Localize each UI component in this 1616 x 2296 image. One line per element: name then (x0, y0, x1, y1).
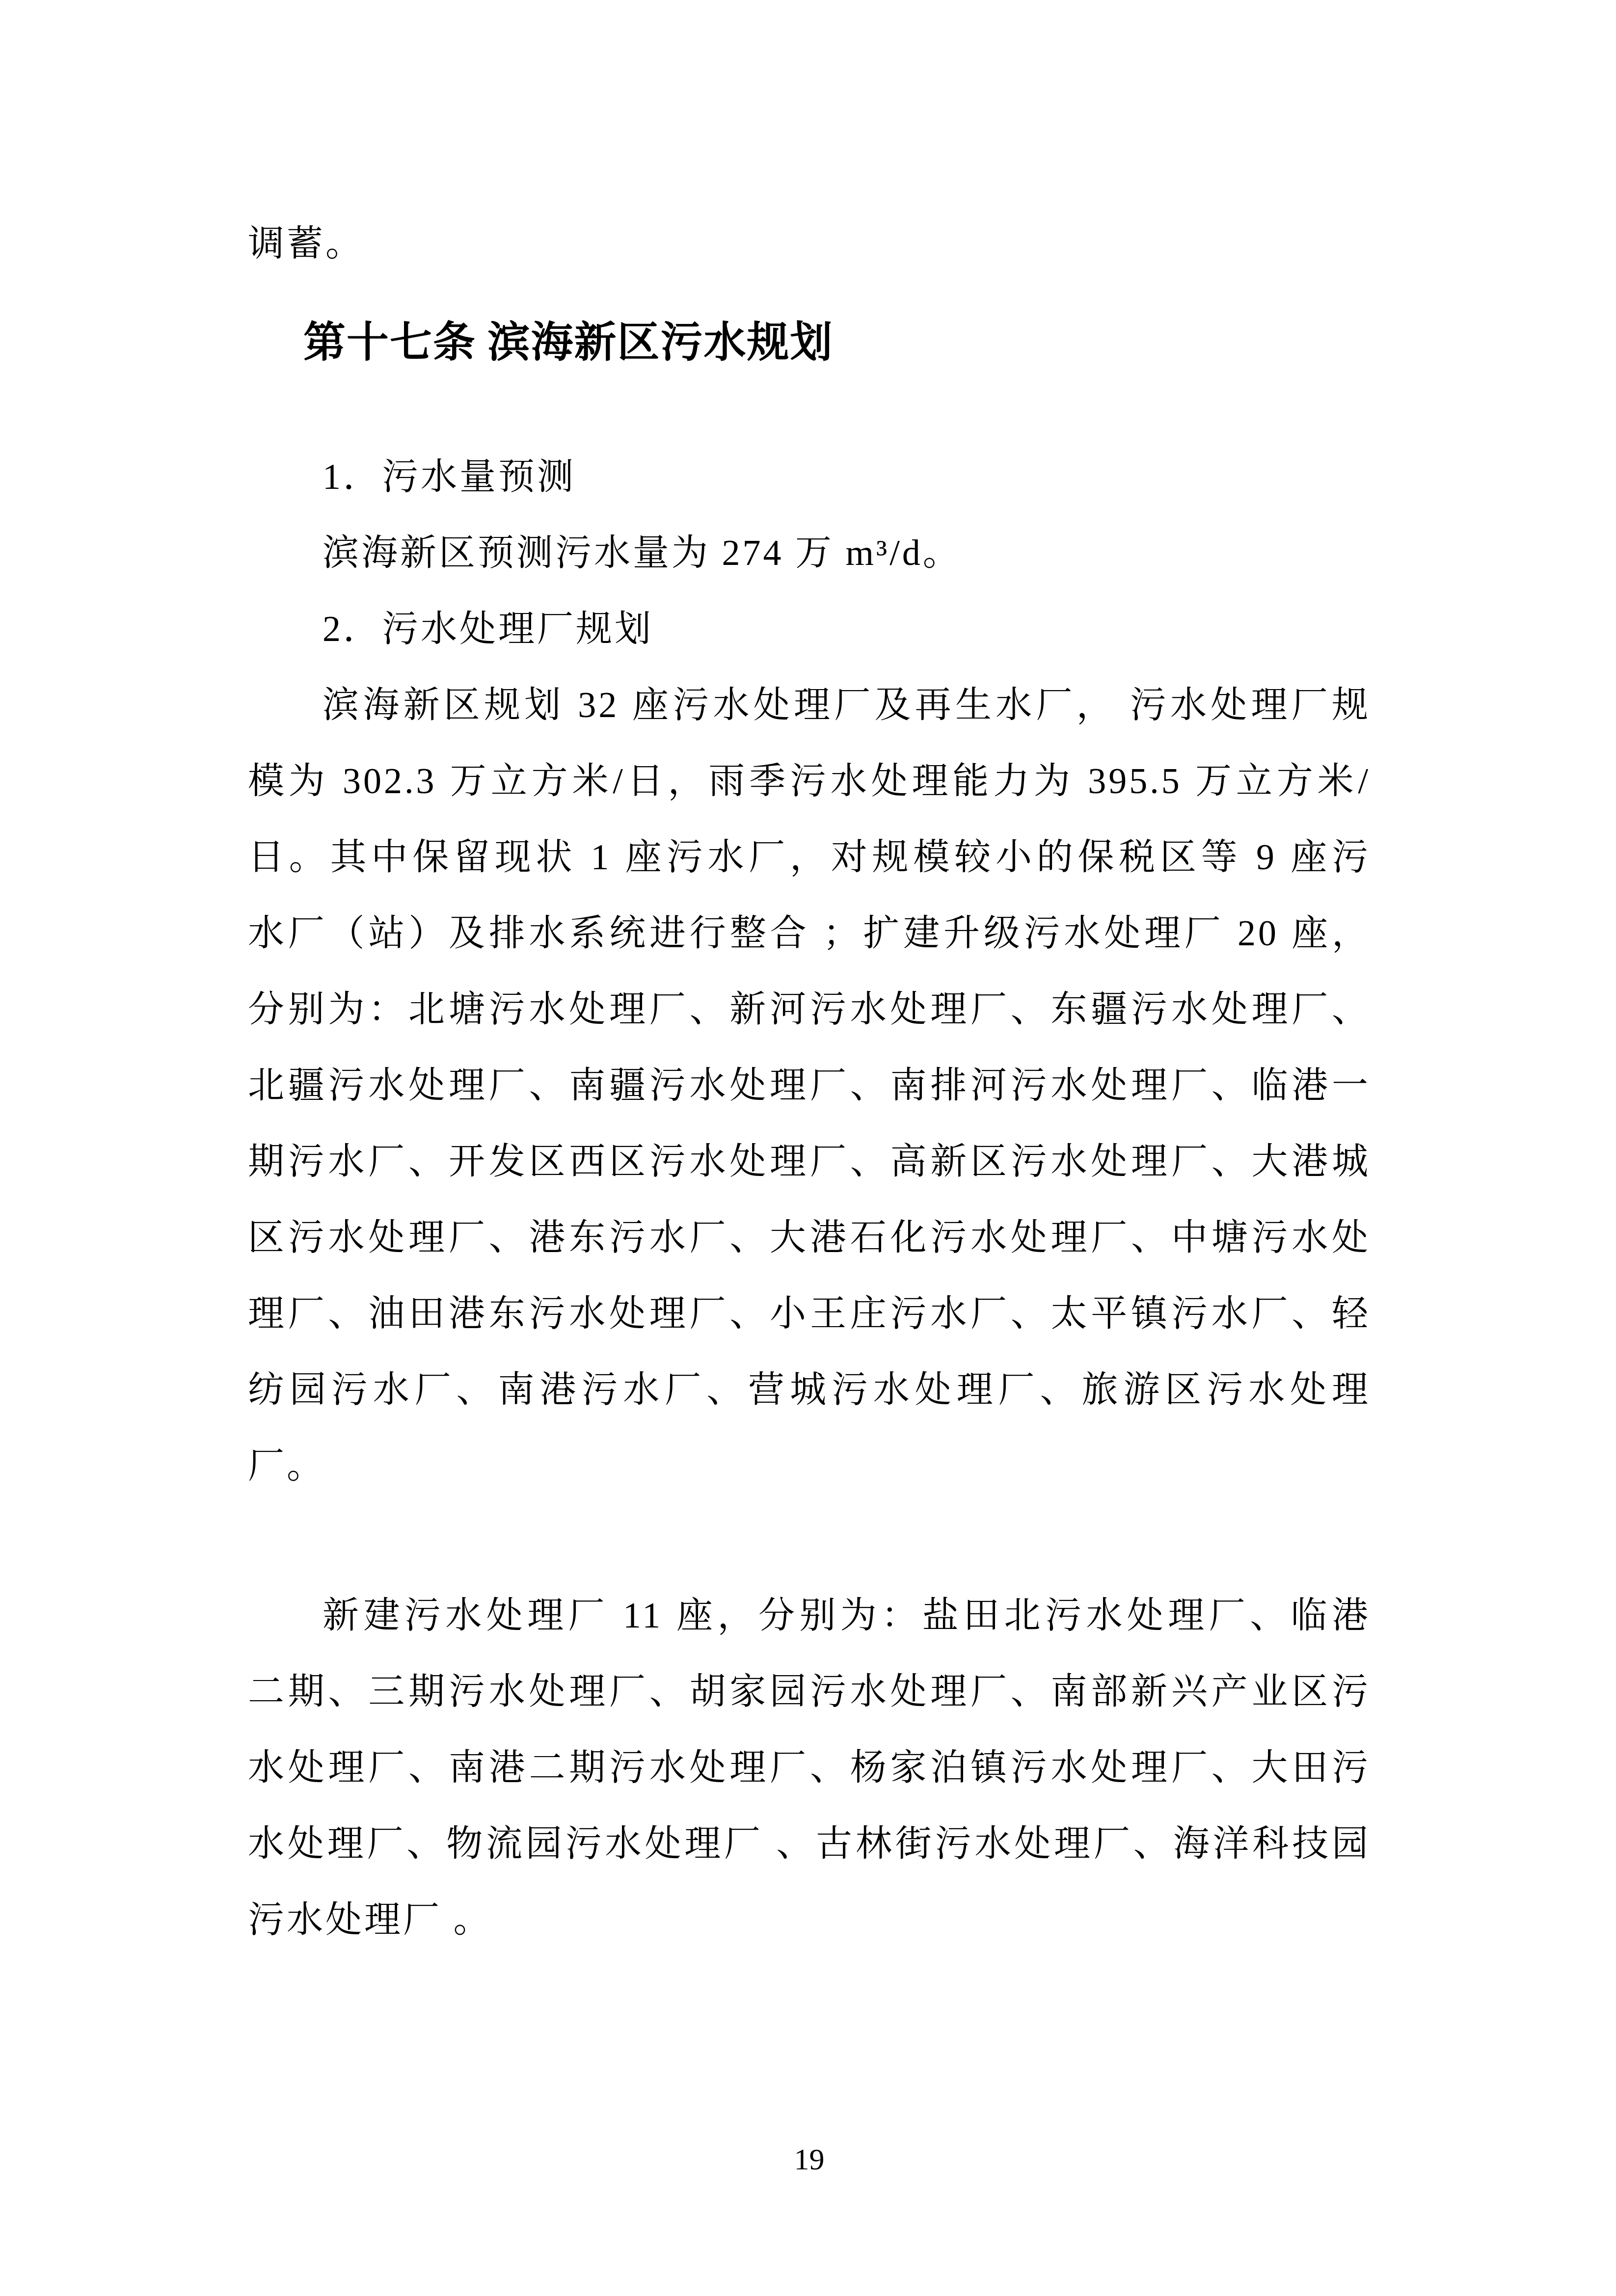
text-line: 水处理厂、南港二期污水处理厂、杨家泊镇污水处理厂、大田污 (248, 1730, 1371, 1806)
text-line: 滨海新区规划 32 座污水处理厂及再生水厂， 污水处理厂规 (248, 667, 1371, 744)
text-line: 水厂（站）及排水系统进行整合 ；扩建升级污水处理厂 20 座， (248, 896, 1371, 972)
text-line: 二期、三期污水处理厂、胡家园污水处理厂、南部新兴产业区污 (248, 1654, 1371, 1730)
text-line: 新建污水处理厂 11 座，分别为：盐田北污水处理厂、临港 (248, 1578, 1371, 1654)
text-line: 日。其中保留现状 1 座污水厂，对规模较小的保税区等 9 座污 (248, 820, 1371, 896)
text-line: 理厂、油田港东污水处理厂、小王庄污水厂、太平镇污水厂、轻 (248, 1276, 1371, 1352)
text-line: 区污水处理厂、港东污水厂、大港石化污水处理厂、中塘污水处 (248, 1200, 1371, 1276)
list-item-sewage-volume-forecast: 1．污水量预测 (248, 439, 1371, 515)
text-line: 纺园污水厂、南港污水厂、营城污水处理厂、旅游区污水处理厂。 (248, 1352, 1371, 1504)
text-line: 水处理厂、物流园污水处理厂 、古林街污水处理厂、海洋科技园 (248, 1806, 1371, 1882)
sewage-volume-value-line: 滨海新区预测污水量为 274 万 m³/d。 (248, 515, 1371, 591)
list-item-treatment-plant-planning: 2．污水处理厂规划 (248, 591, 1371, 667)
page-number: 19 (248, 2140, 1371, 2179)
paragraph-continuation: 调蓄。 (248, 206, 1371, 282)
text-line: 期污水厂、开发区西区污水处理厂、高新区污水处理厂、大港城 (248, 1124, 1371, 1200)
text-line: 模为 302.3 万立方米/日，雨季污水处理能力为 395.5 万立方米/ (248, 744, 1371, 820)
text-line: 污水处理厂 。 (248, 1882, 1371, 1958)
text-line: 北疆污水处理厂、南疆污水处理厂、南排河污水处理厂、临港一 (248, 1048, 1371, 1124)
text-line: 分别为：北塘污水处理厂、新河污水处理厂、东疆污水处理厂、 (248, 972, 1371, 1048)
section-heading: 第十七条 滨海新区污水规划 (303, 303, 1371, 382)
paragraph-new-plants: 新建污水处理厂 11 座，分别为：盐田北污水处理厂、临港二期、三期污水处理厂、胡… (248, 1578, 1371, 1958)
document-page: 调蓄。 第十七条 滨海新区污水规划 1．污水量预测 滨海新区预测污水量为 274… (0, 0, 1616, 2296)
paragraph-upgrade-plants: 滨海新区规划 32 座污水处理厂及再生水厂， 污水处理厂规模为 302.3 万立… (248, 667, 1371, 1504)
